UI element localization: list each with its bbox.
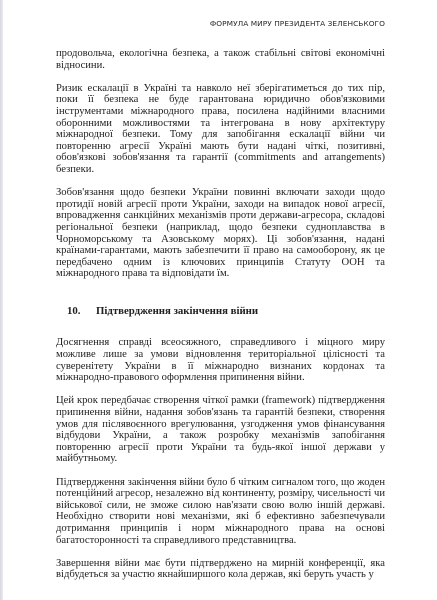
section-heading: 10. Підтвердження закінчення війни [56, 306, 385, 318]
paragraph: Зобов'язання щодо безпеки України повинн… [56, 187, 385, 280]
paragraph: продовольча, екологічна безпека, а також… [56, 48, 385, 71]
document-body: продовольча, екологічна безпека, а також… [56, 48, 385, 593]
paragraph: Досягнення справді всеосяжного, справедл… [56, 337, 385, 383]
paragraph: Підтвердження закінчення війни було б чі… [56, 477, 385, 547]
section-title: Підтвердження закінчення війни [96, 306, 258, 318]
paragraph: Ризик ескалації в Україні та навколо неї… [56, 83, 385, 176]
running-header: ФОРМУЛА МИРУ ПРЕЗИДЕНТА ЗЕЛЕНСЬКОГО [210, 19, 385, 28]
section-number: 10. [67, 306, 96, 318]
page-edge-shadow [0, 0, 3, 600]
paragraph: Цей крок передбачає створення чіткої рам… [56, 395, 385, 465]
paragraph: Завершення війни має бути підтверджено н… [56, 558, 385, 581]
